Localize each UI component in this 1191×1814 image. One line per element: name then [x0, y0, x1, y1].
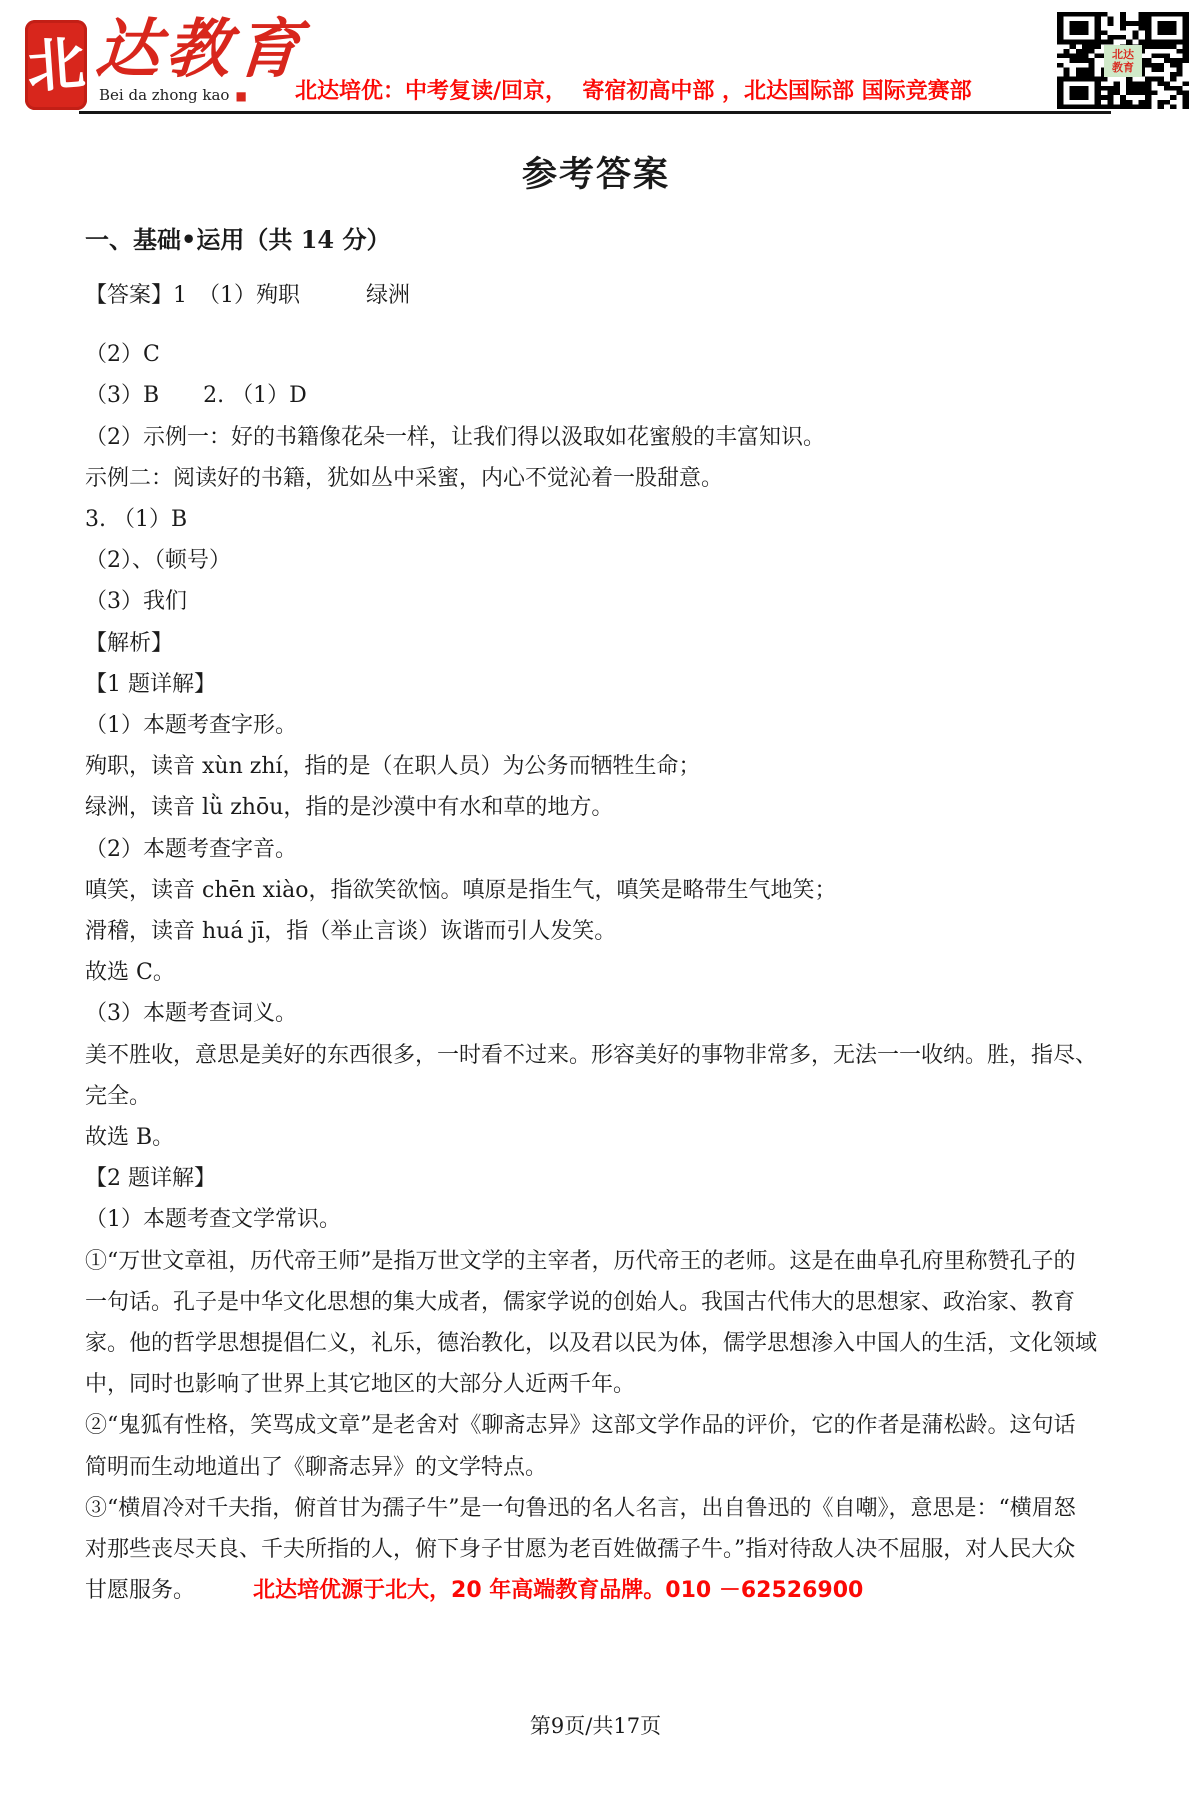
text-line: 故选 C。: [85, 952, 1107, 993]
qr-label-line1: 北达: [1112, 48, 1134, 61]
promo-banner: 北达培优源于北大，20 年高端教育品牌。010 －62526900: [253, 1578, 863, 1603]
text-line: 【1 题详解】: [85, 664, 1107, 705]
text-line: （3）B 2. （1）D: [85, 375, 1107, 416]
text-line: ①“万世文章祖，历代帝王师”是指万世文学的主宰者，历代帝王的老师。这是在曲阜孔府…: [85, 1241, 1107, 1282]
text-line: 一句话。孔子是中华文化思想的集大成者，儒家学说的创始人。我国古代伟大的思想家、政…: [85, 1282, 1107, 1323]
text-line: （2）C: [85, 334, 1107, 375]
text-line: 故选 B。: [85, 1117, 1107, 1158]
text-line: ②“鬼狐有性格，笑骂成文章”是老舍对《聊斋志异》这部文学作品的评价，它的作者是蒲…: [85, 1405, 1107, 1446]
header-divider: [79, 111, 1111, 114]
text-line: （1）本题考查文学常识。: [85, 1199, 1107, 1240]
text-line: 3. （1）B: [85, 499, 1107, 540]
text-line: （3）我们: [85, 581, 1107, 622]
seal-character: 北: [25, 34, 87, 96]
page-number: 第9页/共17页: [0, 1710, 1191, 1740]
red-square-marker: ■: [235, 89, 246, 103]
brand-seal-logo: 北: [25, 20, 87, 110]
text-line: （2）示例一：好的书籍像花朵一样，让我们得以汲取如花蜜般的丰富知识。: [85, 417, 1107, 458]
text-line: （3）本题考查词义。: [85, 993, 1107, 1034]
text-line: 示例二：阅读好的书籍，犹如丛中采蜜，内心不觉沁着一股甜意。: [85, 458, 1107, 499]
text-line: 【答案】1 （1）殉职 绿洲: [85, 275, 1107, 316]
text-line: 嗔笑，读音 chēn xiào，指欲笑欲恼。嗔原是指生气，嗔笑是略带生气地笑；: [85, 870, 1107, 911]
text-line: 对那些丧尽天良、千夫所指的人，俯下身子甘愿为老百姓做孺子牛。”指对待敌人决不屈服…: [85, 1529, 1107, 1570]
section-heading: 一、基础•运用（共 14 分）: [85, 225, 1107, 255]
text-line: （2）、（顿号）: [85, 540, 1107, 581]
text-line: （1）本题考查字形。: [85, 705, 1107, 746]
brand-subtitle: Bei da zhong kao■: [99, 86, 247, 104]
qr-code: 北达 教育: [1057, 12, 1189, 109]
text-line: ③“横眉冷对千夫指，俯首甘为孺子牛”是一句鲁迅的名人名言，出自鲁迅的《自嘲》，意…: [85, 1488, 1107, 1529]
text-line: 【2 题详解】: [85, 1158, 1107, 1199]
text-line-prefix: 甘愿服务。: [85, 1578, 195, 1603]
text-line: （2）本题考查字音。: [85, 829, 1107, 870]
text-line: 美不胜收，意思是美好的东西很多，一时看不过来。形容美好的事物非常多，无法一一收纳…: [85, 1035, 1107, 1076]
text-line: 家。他的哲学思想提倡仁义，礼乐，德治教化，以及君以民为体，儒学思想渗入中国人的生…: [85, 1323, 1107, 1364]
page-title: 参考答案: [85, 152, 1107, 198]
text-line: 中，同时也影响了世界上其它地区的大部分人近两千年。: [85, 1364, 1107, 1405]
text-line: 绿洲，读音 lǜ zhōu，指的是沙漠中有水和草的地方。: [85, 787, 1107, 828]
text-line-with-promo: 甘愿服务。北达培优源于北大，20 年高端教育品牌。010 －62526900: [85, 1570, 1107, 1611]
answer-text-block: 【答案】1 （1）殉职 绿洲 （2）C （3）B 2. （1）D （2）示例一：…: [85, 275, 1107, 1612]
text-line: 完全。: [85, 1076, 1107, 1117]
qr-center-label: 北达 教育: [1104, 45, 1142, 77]
text-line: 简明而生动地道出了《聊斋志异》的文学特点。: [85, 1447, 1107, 1488]
text-line: 滑稽，读音 huá jī，指（举止言谈）诙谐而引人发笑。: [85, 911, 1107, 952]
brand-subtitle-text: Bei da zhong kao: [99, 86, 229, 104]
header-slogan: 北达培优：中考复读/回京， 寄宿初高中部 ，北达国际部 国际竞赛部: [295, 74, 1015, 105]
document-body: 参考答案 一、基础•运用（共 14 分） 【答案】1 （1）殉职 绿洲 （2）C…: [85, 140, 1107, 1611]
text-line: 殉职，读音 xùn zhí，指的是（在职人员）为公务而牺牲生命；: [85, 746, 1107, 787]
qr-label-line2: 教育: [1112, 61, 1134, 74]
text-line: 【解析】: [85, 623, 1107, 664]
